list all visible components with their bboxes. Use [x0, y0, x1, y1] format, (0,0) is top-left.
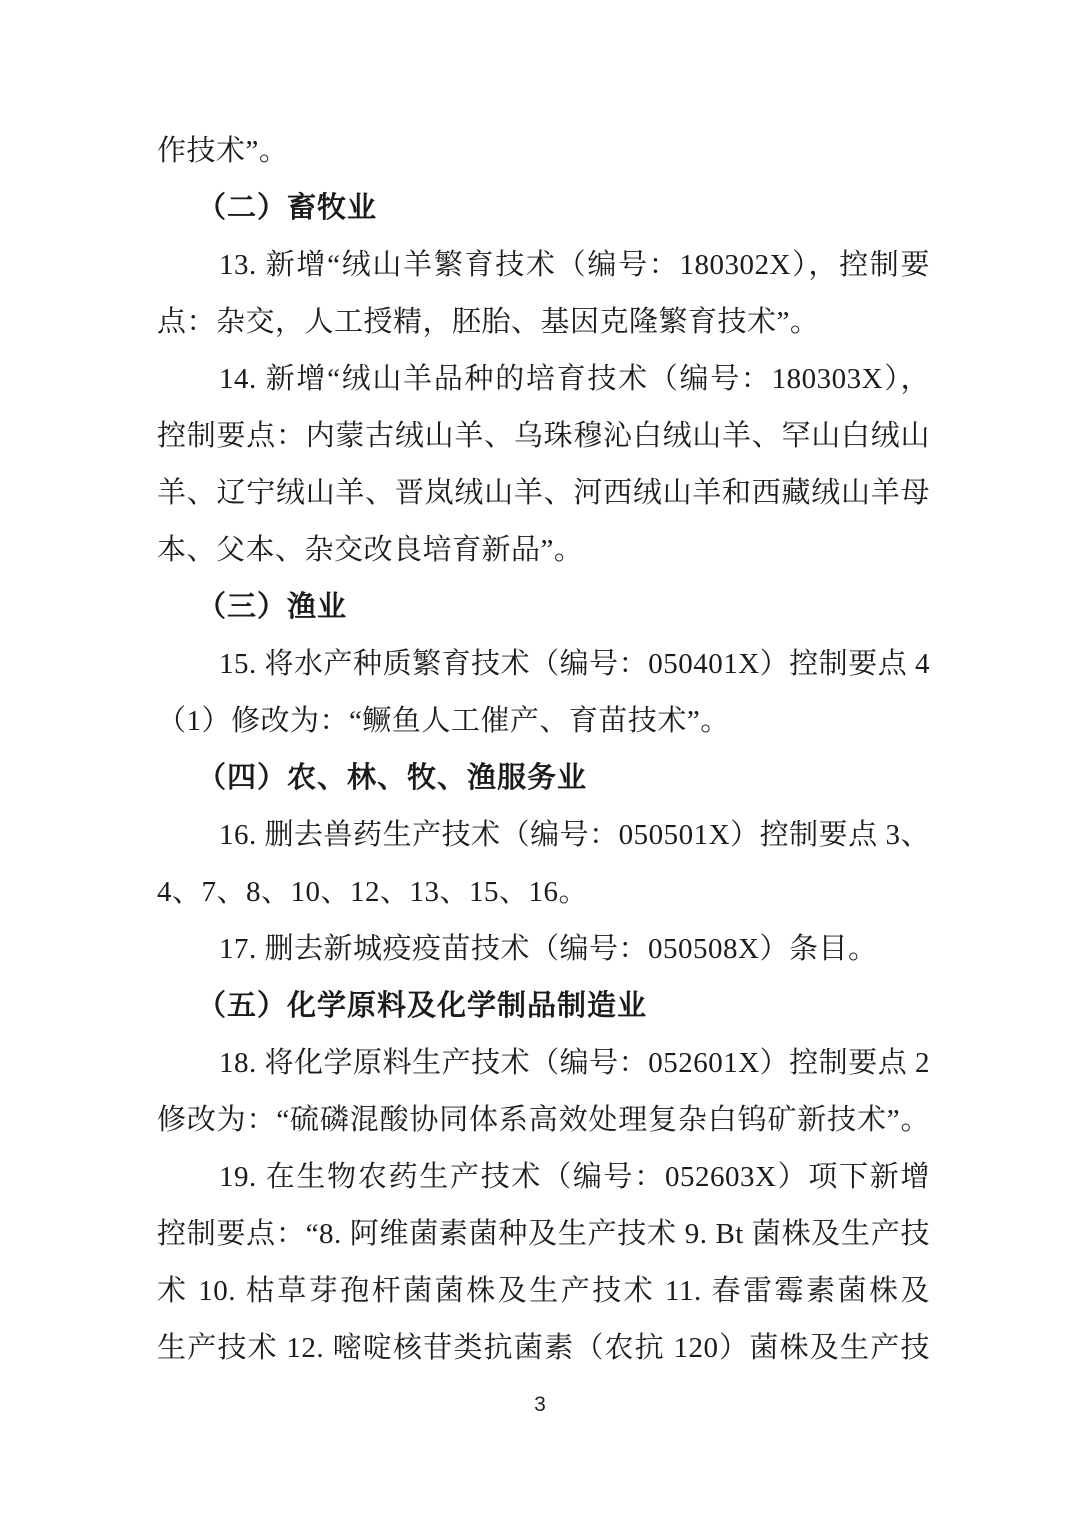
doc-line: 点：杂交，人工授精，胚胎、基因克隆繁育技术”。 [157, 294, 930, 351]
doc-line: 19. 在生物农药生产技术（编号：052603X）项下新增 [157, 1149, 930, 1206]
section-heading: （四）农、林、牧、渔服务业 [157, 750, 930, 807]
doc-line: 控制要点：“8. 阿维菌素菌种及生产技术 9. Bt 菌株及生产技 [157, 1206, 930, 1263]
doc-line: 术 10. 枯草芽孢杆菌菌株及生产技术 11. 春雷霉素菌株及 [157, 1263, 930, 1320]
doc-line: 作技术”。 [157, 123, 930, 180]
doc-line: 18. 将化学原料生产技术（编号：052601X）控制要点 2 [157, 1035, 930, 1092]
doc-line: 修改为：“硫磷混酸协同体系高效处理复杂白钨矿新技术”。 [157, 1092, 930, 1149]
doc-line: 羊、辽宁绒山羊、晋岚绒山羊、河西绒山羊和西藏绒山羊母 [157, 465, 930, 522]
doc-line: 生产技术 12. 嘧啶核苷类抗菌素（农抗 120）菌株及生产技 [157, 1320, 930, 1377]
page-number: 3 [0, 1391, 1080, 1419]
doc-line: （1）修改为：“鳜鱼人工催产、育苗技术”。 [157, 693, 930, 750]
section-heading: （五）化学原料及化学制品制造业 [157, 978, 930, 1035]
document-page-body: 作技术”。 （二）畜牧业 13. 新增“绒山羊繁育技术（编号：180302X），… [157, 123, 930, 1377]
doc-line: 15. 将水产种质繁育技术（编号：050401X）控制要点 4 [157, 636, 930, 693]
doc-line: 控制要点：内蒙古绒山羊、乌珠穆沁白绒山羊、罕山白绒山 [157, 408, 930, 465]
doc-line: 13. 新增“绒山羊繁育技术（编号：180302X），控制要 [157, 237, 930, 294]
doc-line: 17. 删去新城疫疫苗技术（编号：050508X）条目。 [157, 921, 930, 978]
doc-line: 16. 删去兽药生产技术（编号：050501X）控制要点 3、 [157, 807, 930, 864]
section-heading: （二）畜牧业 [157, 180, 930, 237]
doc-line: 14. 新增“绒山羊品种的培育技术（编号：180303X）， [157, 351, 930, 408]
section-heading: （三）渔业 [157, 579, 930, 636]
doc-line: 本、父本、杂交改良培育新品”。 [157, 522, 930, 579]
doc-line: 4、7、8、10、12、13、15、16。 [157, 864, 930, 921]
